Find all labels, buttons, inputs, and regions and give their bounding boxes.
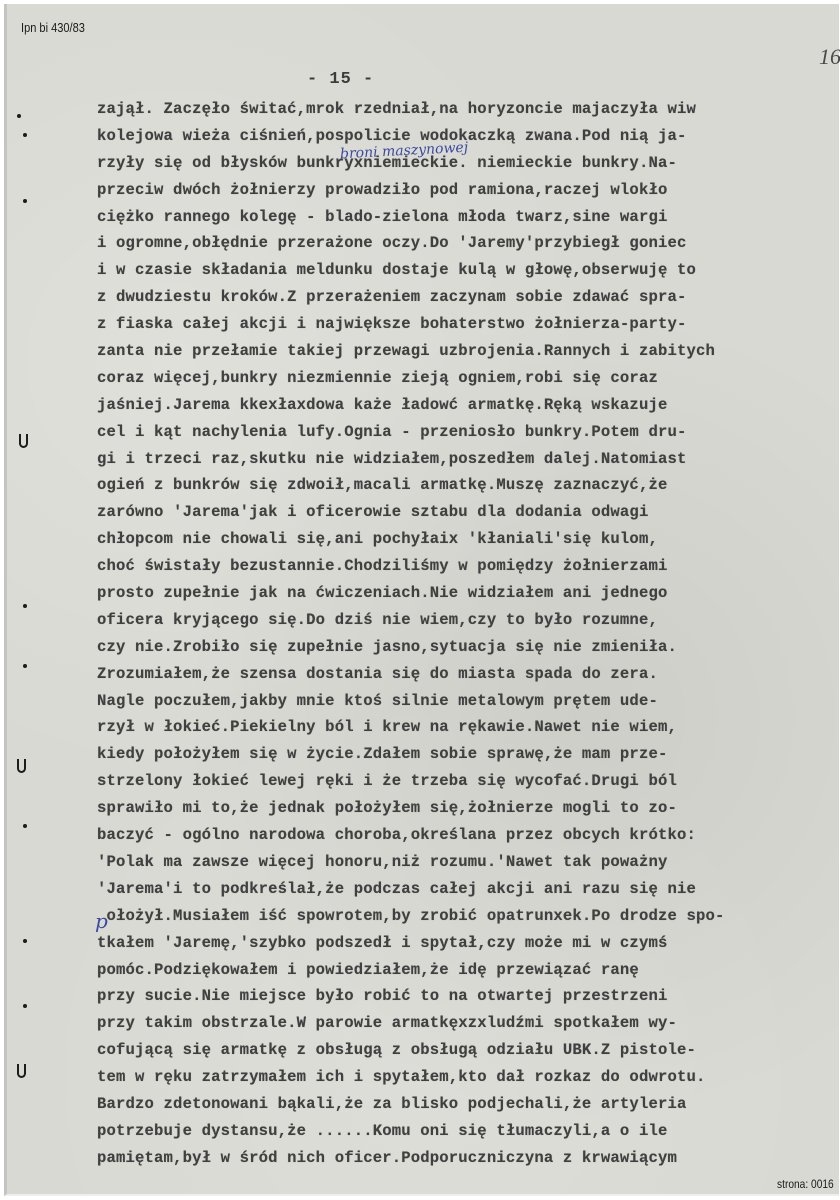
text-line: choć świstały bezustannie.Chodziliśmy w …	[97, 553, 817, 580]
text-line: strzelony łokieć lewej ręki i że trzeba …	[97, 768, 817, 795]
text-line: tkałem 'Jaremę,'szybko podszedł i spytał…	[97, 930, 817, 957]
text-line: z fiaska całej akcji i największe bohate…	[97, 311, 817, 338]
text-line: prosto zupełnie jak na ćwiczeniach.Nie w…	[97, 580, 817, 607]
margin-punch-mark	[23, 133, 27, 137]
text-line: cel i kąt nachylenia lufy.Ognia - przeni…	[97, 419, 817, 446]
margin-punch-mark	[17, 759, 26, 773]
text-line: jaśniej.Jarema kkexłaxdowa każe ładowć a…	[97, 392, 817, 419]
text-line: przeciw dwóch żołnierzy prowadziło pod r…	[97, 177, 817, 204]
text-line: cofującą się armatkę z obsługą z obsługą…	[97, 1037, 817, 1064]
text-line: pomóc.Podziękowałem i powiedziałem,że id…	[97, 957, 817, 984]
text-line: kolejowa wieża ciśnień,pospolicie wodoka…	[97, 123, 817, 150]
archive-id-label: Ipn bi 430/83	[21, 20, 85, 35]
typewritten-body-text: zajął. Zaczęło świtać,mrok rzedniał,na h…	[97, 96, 817, 1172]
page-number: - 15 -	[307, 70, 374, 89]
text-line: potrzebuje dystansu,że ......Komu oni si…	[97, 1118, 817, 1145]
text-line: coraz więcej,bunkry niezmiennie zieją og…	[97, 365, 817, 392]
margin-punch-mark	[17, 114, 21, 118]
margin-punch-mark	[23, 199, 27, 203]
text-line: czy nie.Zrobiło się zupełnie jasno,sytua…	[97, 634, 817, 661]
folio-number: 16	[819, 44, 840, 70]
margin-punch-mark	[23, 604, 27, 608]
margin-punch-mark	[23, 664, 27, 668]
text-line: zajął. Zaczęło świtać,mrok rzedniał,na h…	[97, 96, 817, 123]
margin-punch-mark	[23, 939, 27, 943]
text-line: ołożył.Musiałem iść spowrotem,by zrobić …	[97, 903, 817, 930]
text-line: kiedy położyłem się w życie.Zdałem sobie…	[97, 741, 817, 768]
text-line: pamiętam,był w śród nich oficer.Podporuc…	[97, 1145, 817, 1172]
text-line: oficera kryjącego się.Do dziś nie wiem,c…	[97, 607, 817, 634]
text-line: sprawiło mi to,że jednak położyłem się,ż…	[97, 795, 817, 822]
text-line: gi i trzeci raz,skutku nie widziałem,pos…	[97, 446, 817, 473]
text-line: i w czasie składania meldunku dostaje ku…	[97, 257, 817, 284]
text-line: Nagle poczułem,jakby mnie ktoś silnie me…	[97, 688, 817, 715]
text-line: i ogromne,obłędnie przerażone oczy.Do 'J…	[97, 230, 817, 257]
text-line: 'Jarema'i to podkreślał,że podczas całej…	[97, 876, 817, 903]
text-line: ciężko rannego kolegę - blado-zielona mł…	[97, 204, 817, 231]
text-line: przy sucie.Nie miejsce było robić to na …	[97, 983, 817, 1010]
margin-punch-mark	[23, 1004, 27, 1008]
text-line: rzyły się od błysków bunkryxniemieckie. …	[97, 150, 817, 177]
text-line: rzył w łokieć.Piekielny ból i krew na rę…	[97, 714, 817, 741]
margin-punch-mark	[23, 824, 27, 828]
text-line: 'Polak ma zawsze więcej honoru,niż rozum…	[97, 849, 817, 876]
text-line: chłopcom nie chowali się,ani pochyłaix '…	[97, 526, 817, 553]
margin-punch-mark	[19, 434, 28, 448]
page-footer: strona: 0016	[777, 1177, 834, 1191]
text-line: zarówno 'Jarema'jak i oficerowie sztabu …	[97, 499, 817, 526]
text-line: z dwudziestu kroków.Z przerażeniem zaczy…	[97, 284, 817, 311]
text-line: zanta nie przełamie takiej przewagi uzbr…	[97, 338, 817, 365]
text-line: baczyć - ogólno narodowa choroba,określa…	[97, 822, 817, 849]
scanned-page: Ipn bi 430/83 16 - 15 - broni maszynowej…	[4, 4, 839, 1196]
margin-punch-mark	[17, 1064, 26, 1078]
text-line: Bardzo zdetonowani bąkali,że za blisko p…	[97, 1091, 817, 1118]
text-line: Zrozumiałem,że szensa dostania się do mi…	[97, 661, 817, 688]
text-line: ogień z bunkrów się zdwoił,macali armatk…	[97, 472, 817, 499]
text-line: przy takim obstrzale.W parowie armatkęxz…	[97, 1010, 817, 1037]
text-line: tem w ręku zatrzymałem ich i spytałem,kt…	[97, 1064, 817, 1091]
